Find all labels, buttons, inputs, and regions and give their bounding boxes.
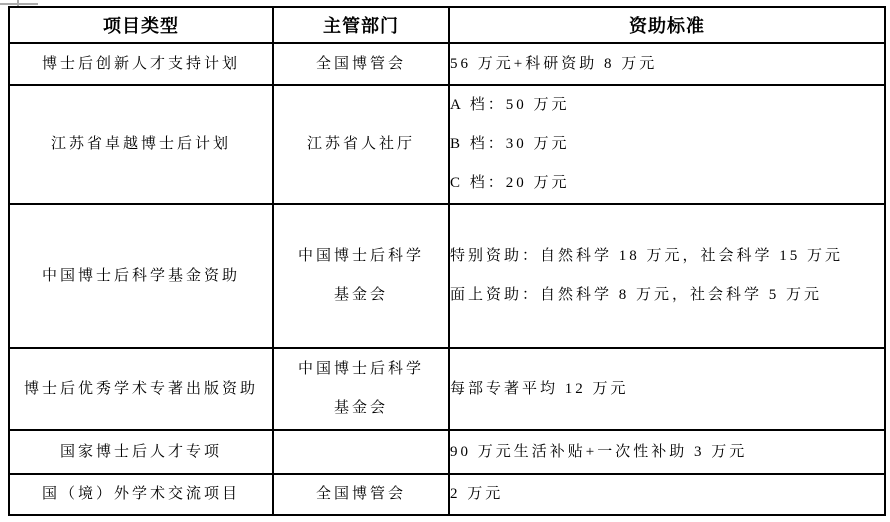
cell-line: 56 万元+科研资助 8 万元 (450, 45, 884, 84)
cell-project-type: 博士后创新人才支持计划 (9, 43, 273, 85)
cell-project-type: 中国博士后科学基金资助 (9, 204, 273, 348)
cell-line: 全国博管会 (274, 475, 448, 514)
cell-line: 基金会 (274, 276, 448, 315)
cell-funding-standard: 2 万元 (449, 474, 885, 515)
cell-line: 博士后优秀学术专著出版资助 (10, 370, 272, 409)
table-row: 博士后优秀学术专著出版资助中国博士后科学基金会每部专著平均 12 万元 (9, 348, 885, 430)
cell-project-type: 江苏省卓越博士后计划 (9, 85, 273, 204)
table-row: 中国博士后科学基金资助中国博士后科学基金会特别资助：自然科学 18 万元，社会科… (9, 204, 885, 348)
cell-line: 特别资助：自然科学 18 万元，社会科学 15 万元 (450, 237, 884, 276)
cell-department: 中国博士后科学基金会 (273, 204, 449, 348)
cell-line: A 档：50 万元 (450, 86, 884, 125)
table-row: 博士后创新人才支持计划全国博管会56 万元+科研资助 8 万元 (9, 43, 885, 85)
cell-line: 全国博管会 (274, 45, 448, 84)
cell-line: 江苏省卓越博士后计划 (10, 125, 272, 164)
table-header-row: 项目类型 主管部门 资助标准 (9, 7, 885, 43)
table-row: 国家博士后人才专项90 万元生活补贴+一次性补助 3 万元 (9, 430, 885, 474)
clipped-handle-artifact (0, 3, 38, 5)
cell-department: 江苏省人社厅 (273, 85, 449, 204)
cell-line: C 档：20 万元 (450, 164, 884, 203)
cell-line: B 档：30 万元 (450, 125, 884, 164)
funding-table: 项目类型 主管部门 资助标准 博士后创新人才支持计划全国博管会56 万元+科研资… (8, 6, 886, 516)
header-funding-standard: 资助标准 (449, 7, 885, 43)
cell-line: 2 万元 (450, 475, 884, 514)
cell-line: 90 万元生活补贴+一次性补助 3 万元 (450, 433, 884, 472)
cell-line: 中国博士后科学 (274, 350, 448, 389)
cell-department (273, 430, 449, 474)
cell-funding-standard: A 档：50 万元B 档：30 万元C 档：20 万元 (449, 85, 885, 204)
cell-line: 中国博士后科学 (274, 237, 448, 276)
cell-department: 中国博士后科学基金会 (273, 348, 449, 430)
page: 项目类型 主管部门 资助标准 博士后创新人才支持计划全国博管会56 万元+科研资… (0, 0, 890, 522)
cell-department: 全国博管会 (273, 43, 449, 85)
header-department: 主管部门 (273, 7, 449, 43)
cell-funding-standard: 特别资助：自然科学 18 万元，社会科学 15 万元面上资助：自然科学 8 万元… (449, 204, 885, 348)
cell-line: 面上资助：自然科学 8 万元，社会科学 5 万元 (450, 276, 884, 315)
cell-line: 博士后创新人才支持计划 (10, 45, 272, 84)
cell-department: 全国博管会 (273, 474, 449, 515)
table-row: 国（境）外学术交流项目全国博管会2 万元 (9, 474, 885, 515)
cell-funding-standard: 90 万元生活补贴+一次性补助 3 万元 (449, 430, 885, 474)
cell-project-type: 国家博士后人才专项 (9, 430, 273, 474)
cell-line: 中国博士后科学基金资助 (10, 257, 272, 296)
cell-funding-standard: 56 万元+科研资助 8 万元 (449, 43, 885, 85)
cell-line: 基金会 (274, 389, 448, 428)
cell-line: 国（境）外学术交流项目 (10, 475, 272, 514)
table-body: 博士后创新人才支持计划全国博管会56 万元+科研资助 8 万元江苏省卓越博士后计… (9, 43, 885, 515)
table-row: 江苏省卓越博士后计划江苏省人社厅A 档：50 万元B 档：30 万元C 档：20… (9, 85, 885, 204)
cell-line: 江苏省人社厅 (274, 125, 448, 164)
cell-funding-standard: 每部专著平均 12 万元 (449, 348, 885, 430)
cell-line: 国家博士后人才专项 (10, 433, 272, 472)
cell-project-type: 国（境）外学术交流项目 (9, 474, 273, 515)
cell-project-type: 博士后优秀学术专著出版资助 (9, 348, 273, 430)
header-project-type: 项目类型 (9, 7, 273, 43)
cell-line: 每部专著平均 12 万元 (450, 370, 884, 409)
